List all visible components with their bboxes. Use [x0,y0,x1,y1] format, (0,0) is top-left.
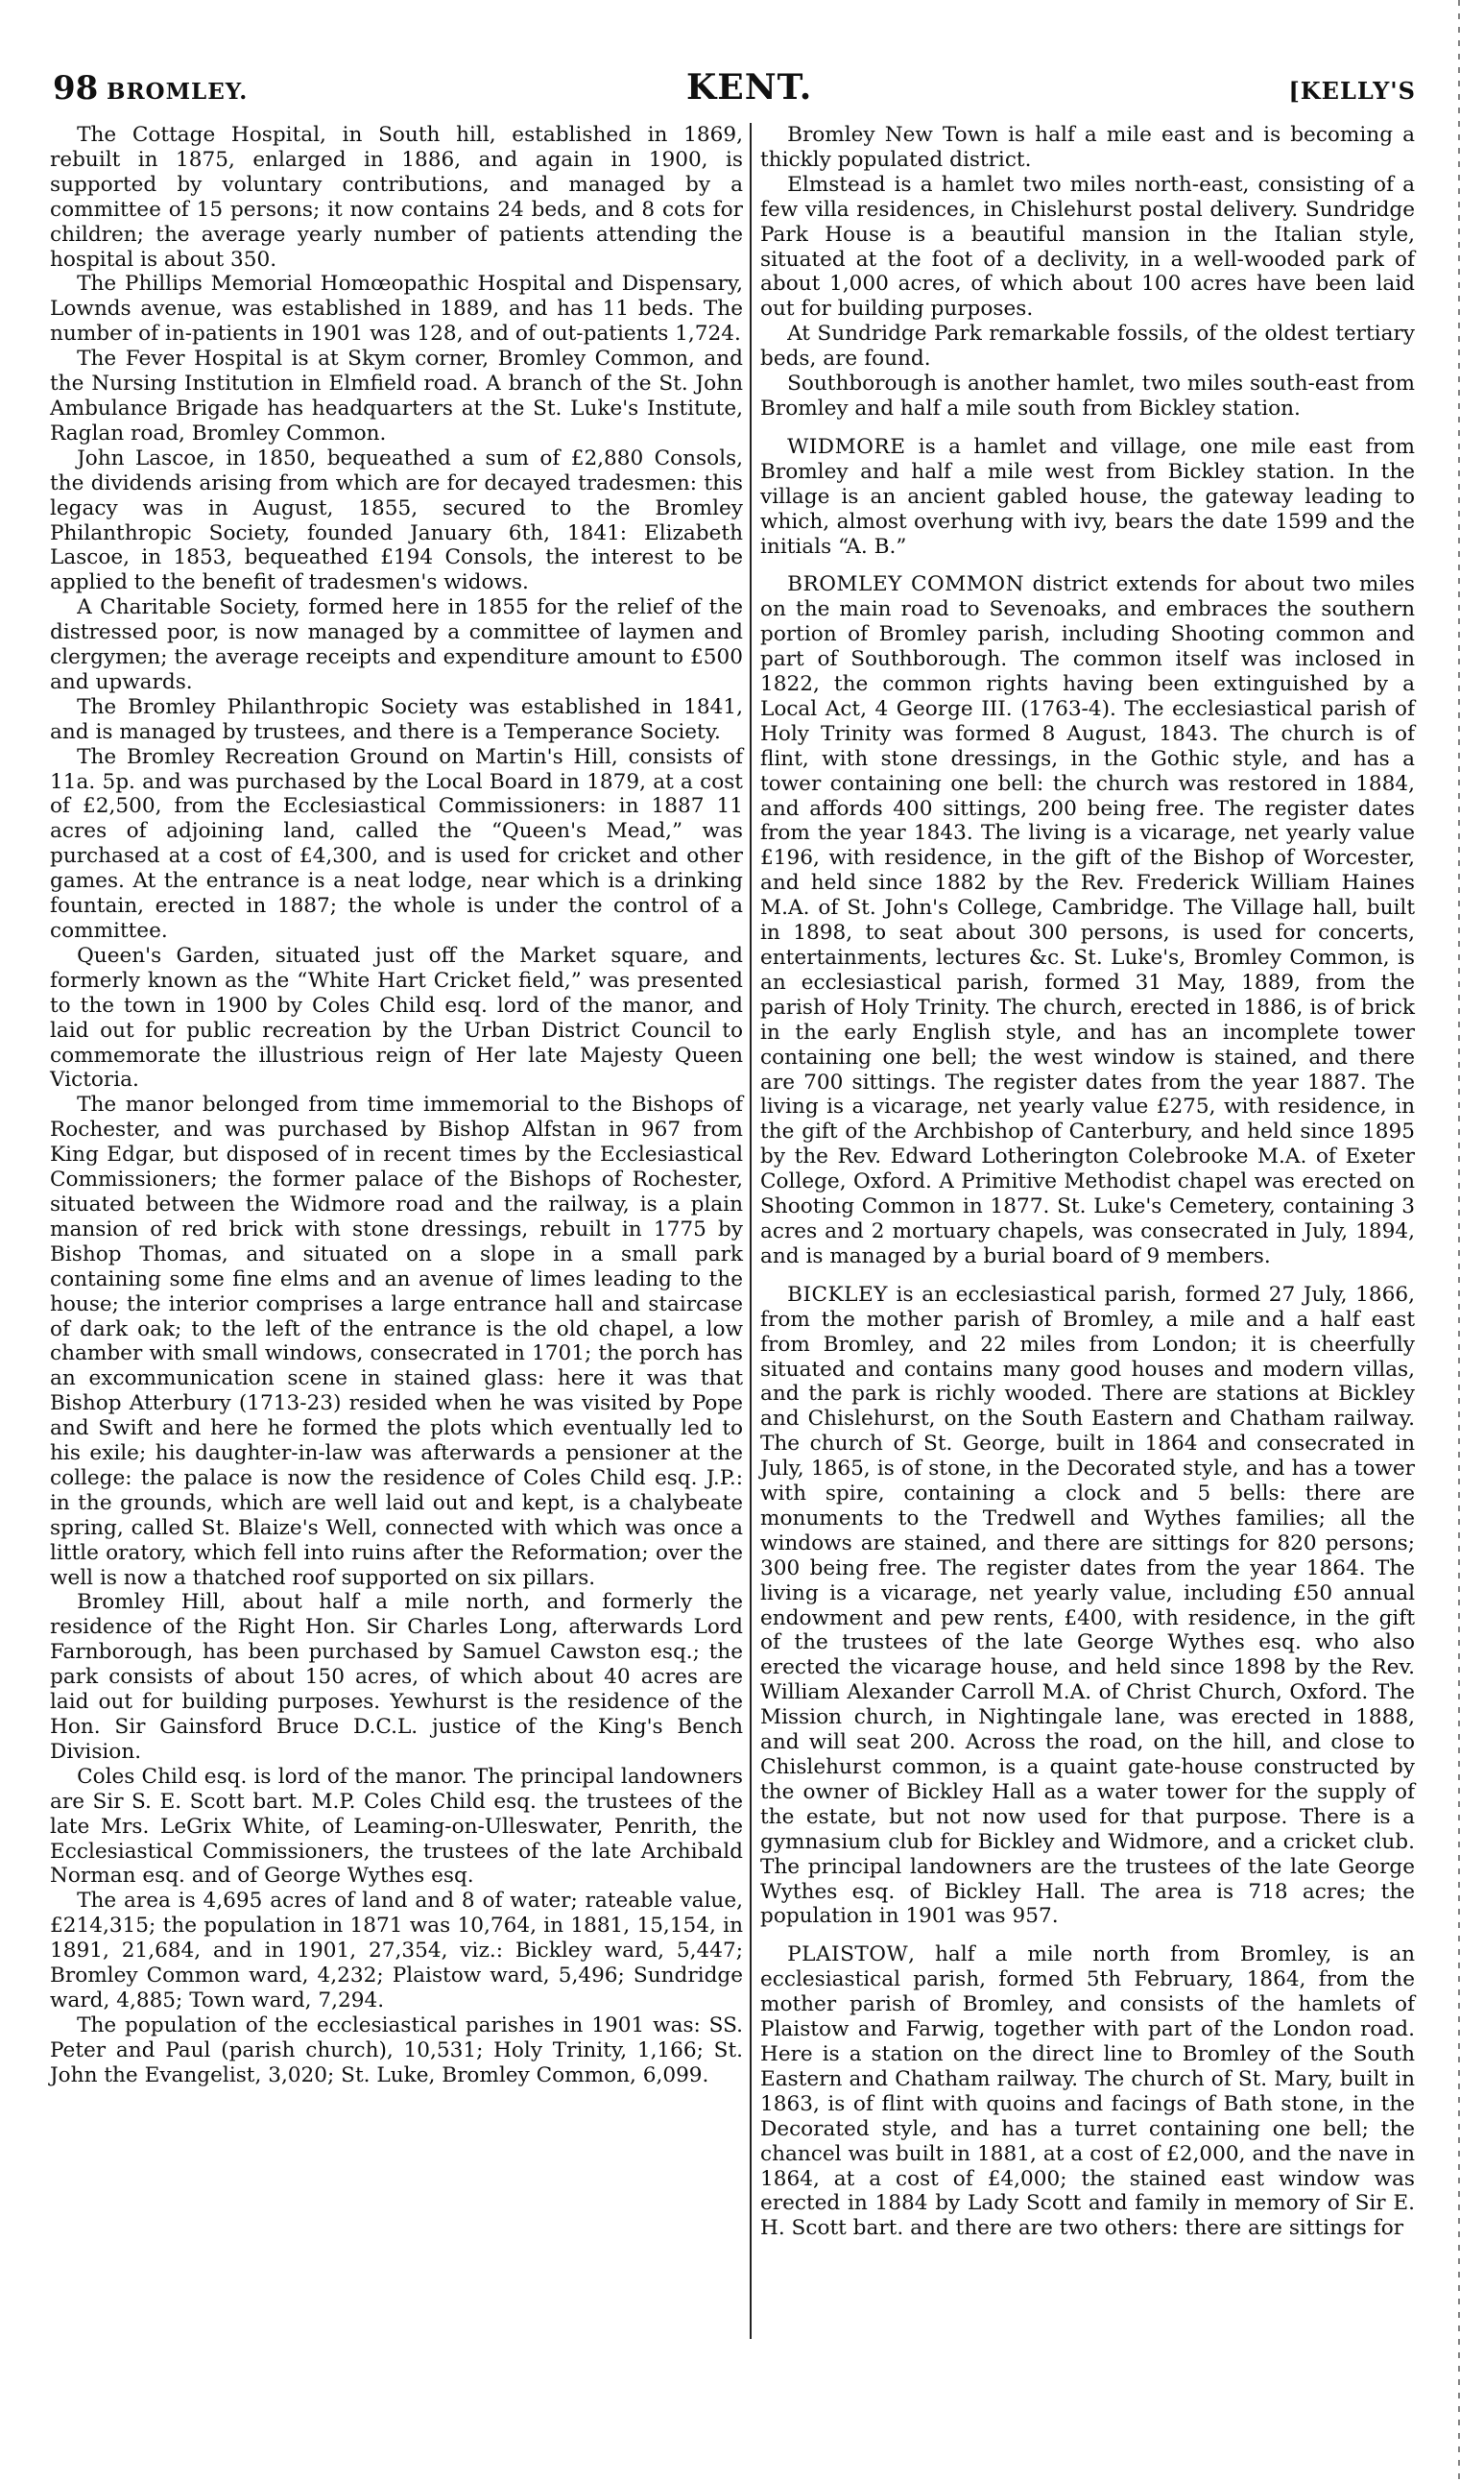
section-widmore: WIDMORE is a hamlet and village, one mil… [760,435,1415,560]
right-column: Bromley New Town is half a mile east and… [760,123,1415,2241]
section-heading-bromley-common: BROMLEY COMMON [787,572,1024,596]
column-divider [750,123,752,2339]
paragraph-southborough: Southborough is another hamlet, two mile… [760,372,1415,422]
paragraph-text: is an ecclesiastical parish, formed 27 J… [760,1283,1415,1929]
paragraph-elmstead: Elmstead is a hamlet two miles north-eas… [760,173,1415,322]
page-number: 98 [53,69,98,108]
paragraph-phillips-hospital: The Phillips Memorial Homœopathic Hospit… [50,272,743,347]
section-bickley: BICKLEY is an ecclesiastical parish, for… [760,1283,1415,1930]
paragraph-queens-garden: Queen's Garden, situated just off the Ma… [50,944,743,1093]
paragraph-sundridge-fossils: At Sundridge Park remarkable fossils, of… [760,322,1415,372]
section-heading-bickley: BICKLEY [787,1283,888,1307]
paragraph-text: Bromley New Town is half a mile east and… [760,123,1415,172]
section-plaistow: PLAISTOW, half a mile north from Bromley… [760,1942,1415,2241]
paragraph-ecclesiastical-population: The population of the ecclesiastical par… [50,2013,743,2088]
paragraph-philanthropic-society: The Bromley Philanthropic Society was es… [50,695,743,745]
paragraph-text: At Sundridge Park remarkable fossils, of… [760,322,1415,371]
paragraph-landowners: Coles Child esq. is lord of the manor. T… [50,1765,743,1890]
paragraph-lascoe-bequest: John Lascoe, in 1850, bequeathed a sum o… [50,446,743,595]
paragraph-charitable-society: A Charitable Society, formed here in 185… [50,595,743,695]
paragraph-text: Southborough is another hamlet, two mile… [760,372,1415,421]
paragraph-area-population: The area is 4,695 acres of land and 8 of… [50,1889,743,2013]
paragraph-text: district extends for about two miles on … [760,572,1415,1267]
page-header: 98 BROMLEY. KENT. [KELLY'S [53,65,1397,113]
paragraph-bromley-hill: Bromley Hill, about half a mile north, a… [50,1590,743,1764]
left-column: The Cottage Hospital, in South hill, est… [50,123,743,2088]
paragraph-manor-palace: The manor belonged from time immemorial … [50,1093,743,1590]
running-head-town: BROMLEY. [107,79,248,105]
section-bromley-common: BROMLEY COMMON district extends for abou… [760,572,1415,1268]
section-heading-plaistow: PLAISTOW [787,1942,908,1966]
paragraph-fever-hospital: The Fever Hospital is at Skym corner, Br… [50,347,743,446]
paragraph-recreation-ground: The Bromley Recreation Ground on Martin'… [50,745,743,944]
paragraph-text: , half a mile north from Bromley, is an … [760,1942,1415,2240]
section-heading-widmore: WIDMORE [787,435,905,459]
paragraph-text: Elmstead is a hamlet two miles north-eas… [760,173,1415,322]
paragraph-bromley-new-town: Bromley New Town is half a mile east and… [760,123,1415,173]
page-edge [1458,0,1460,2482]
paragraph-cottage-hospital: The Cottage Hospital, in South hill, est… [50,123,743,272]
running-head-publisher: [KELLY'S [1288,77,1416,105]
running-head-county: KENT. [686,67,812,108]
